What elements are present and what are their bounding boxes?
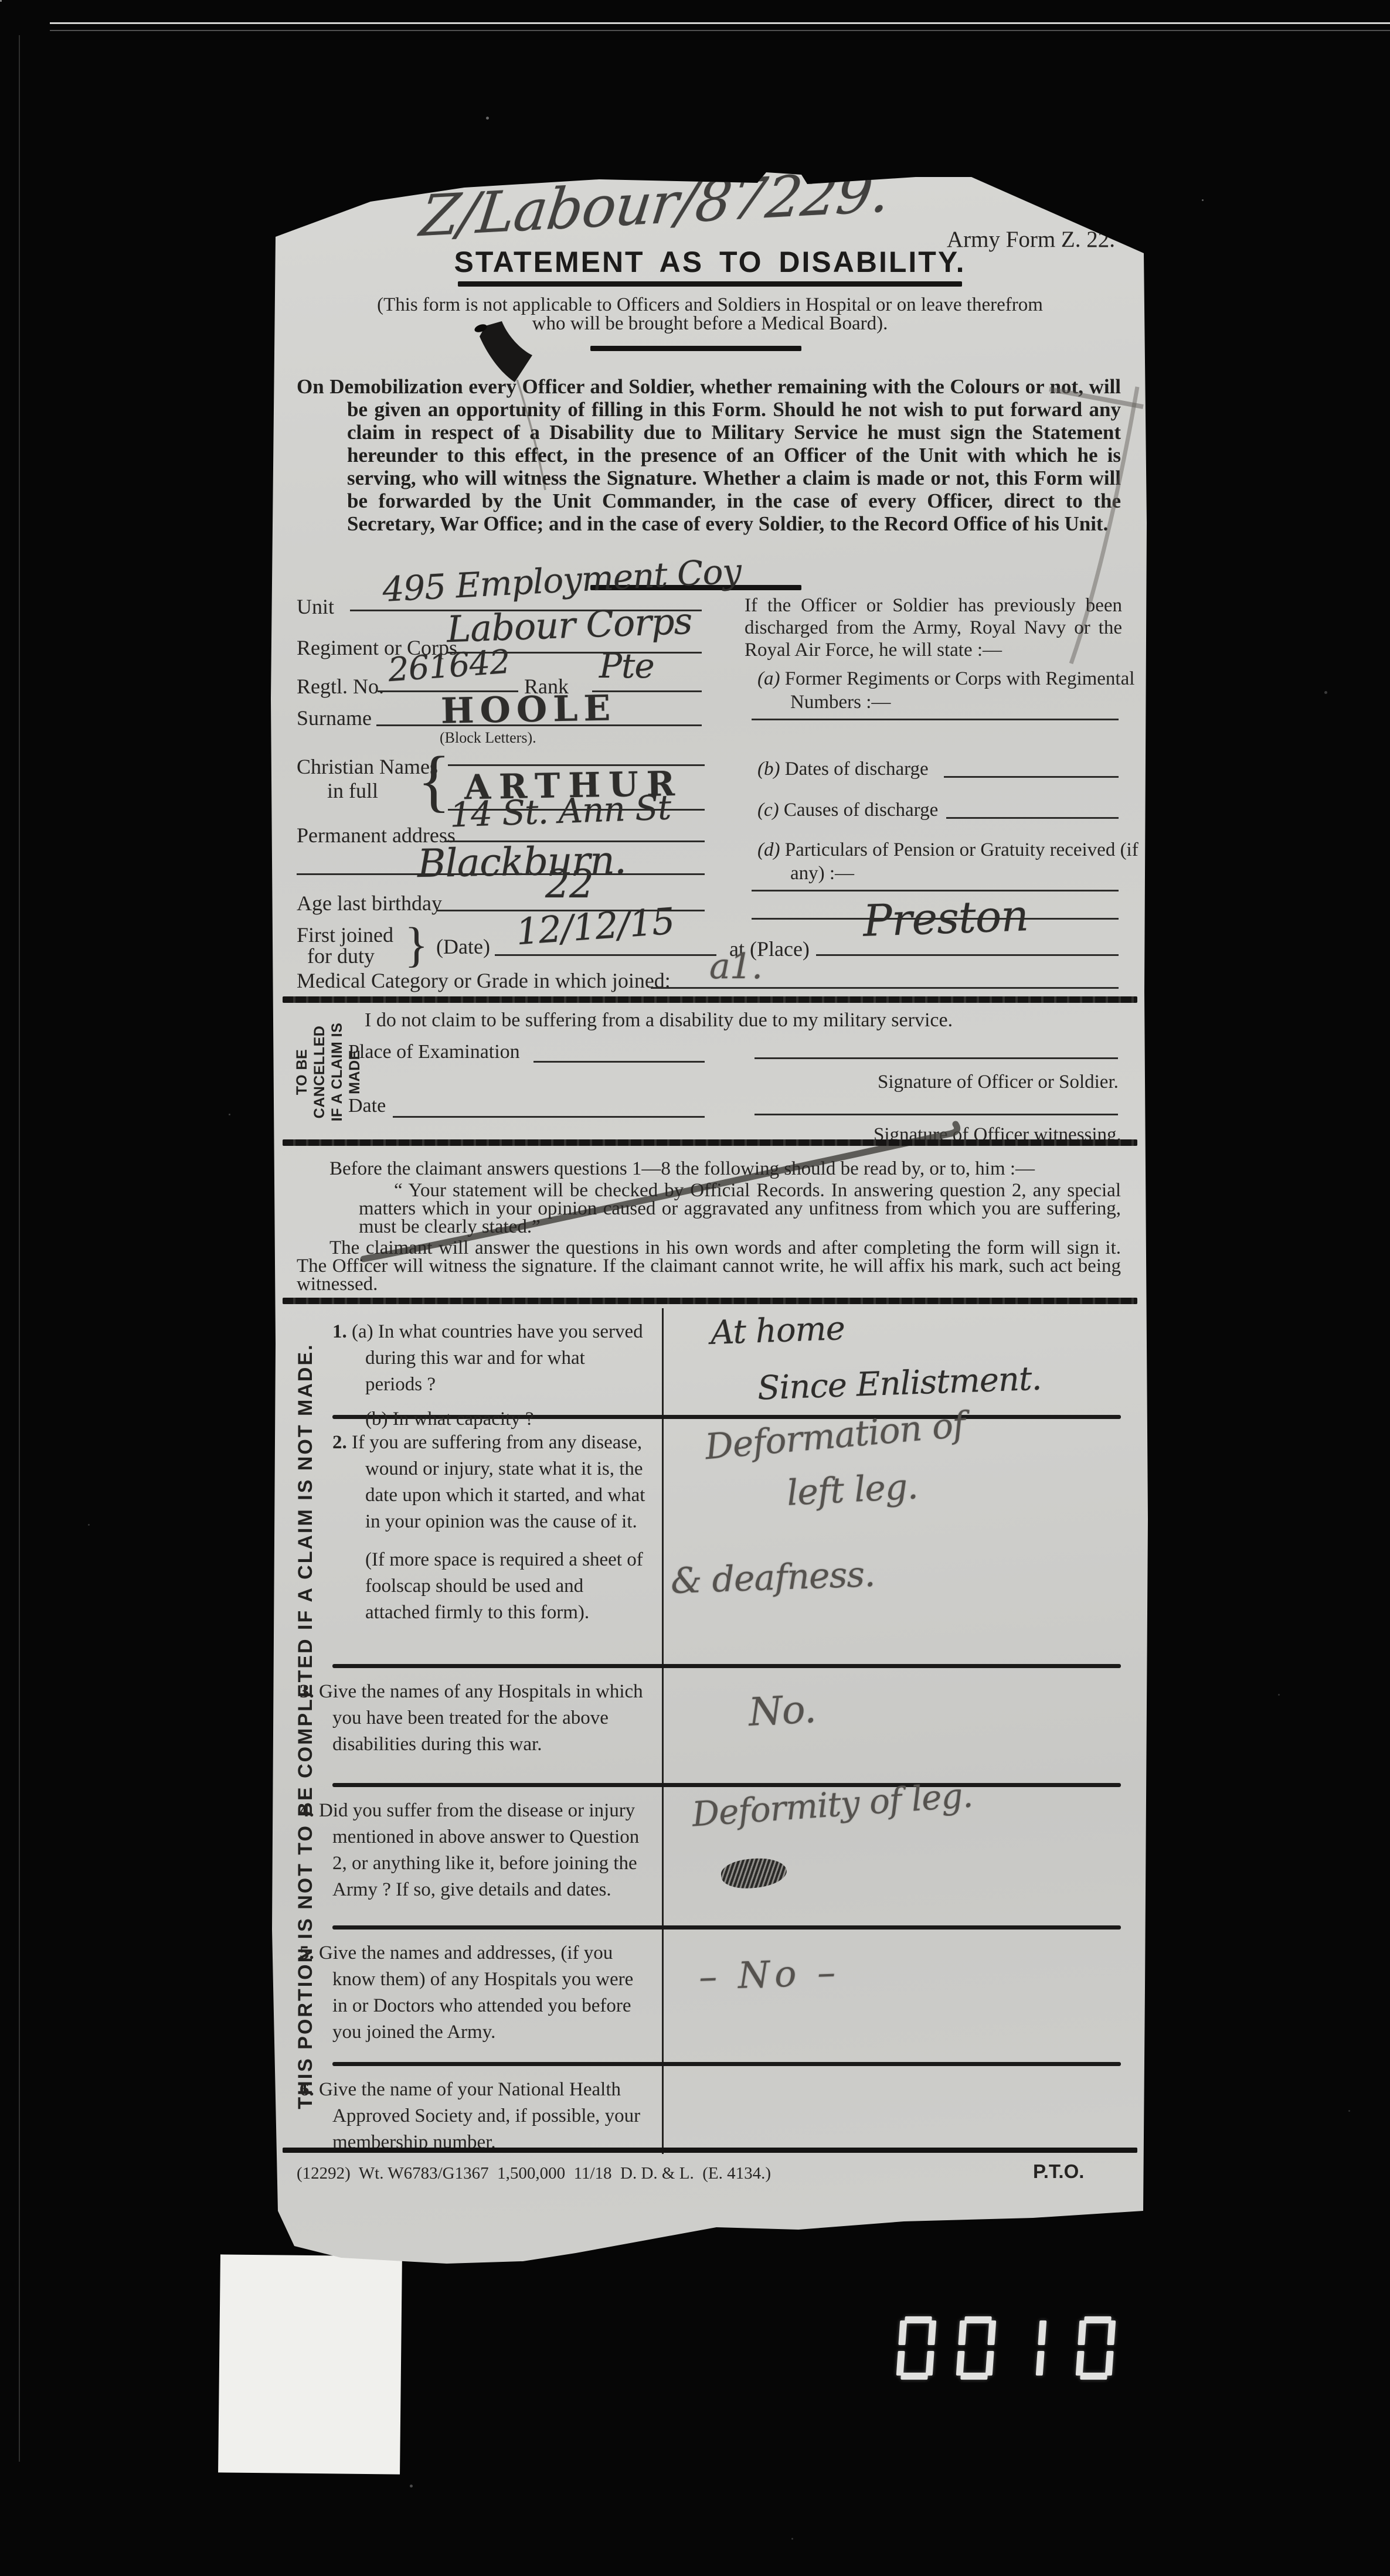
film-edge-line [50,22,1390,24]
instructions-p1: Before the claimant answers questions 1—… [329,1158,1121,1180]
separator-rule-1 [590,346,801,351]
film-edge-line-left [19,35,20,2462]
discharge-item-d-text: Particulars of Pension or Gratuity recei… [785,839,1138,884]
surname-note: (Block Letters). [440,729,536,747]
discharge-item-d: (d) Particulars of Pension or Gratuity r… [757,838,1151,885]
questions-bottom-rule [283,2148,1137,2153]
instructions-p3: The claimant will answer the questions i… [297,1239,1121,1294]
discharge-item-b-num: (b) [757,758,780,780]
unit-label: Unit [297,594,334,619]
question-1-a: (a) In what countries have you served du… [352,1321,643,1395]
age-label: Age last birthday [297,891,442,916]
claim-side-label: TO BE CANCELLED IF A CLAIM IS MADE [293,1007,363,1137]
title-underline [458,281,962,287]
question-1-num: 1. [332,1321,347,1342]
discharge-item-b-text: Dates of discharge [785,758,929,780]
joined-brace: } [405,917,428,974]
date-line [393,1116,705,1118]
questions-table: 1. (a) In what countries have you served… [332,1308,1121,2154]
question-row-6: 6. Give the name of your National Health… [332,2066,1121,2154]
answer-2: Deformation of left leg. & deafness. [664,1419,1121,1664]
medical-category-label: Medical Category or Grade in which joine… [297,968,671,993]
row-divider-4 [332,1925,1121,1930]
answer-3: No. [664,1668,1121,1783]
first-joined-label-2: for duty [307,944,375,968]
regtl-no-value: 261642 [387,643,511,689]
question-6-text: 6. Give the name of your National Health… [332,2066,664,2154]
questions-side-label: THIS PORTION IS NOT TO BE COMPLETED IF A… [294,1312,317,2141]
regtl-no-label: Regtl. No. [297,674,384,699]
medical-value: a1. [709,946,762,987]
claim-side-label-line-2: IF A CLAIM IS MADE [328,1007,363,1137]
row-divider-5 [332,2062,1121,2066]
form-title: STATEMENT AS TO DISABILITY. [271,245,1149,279]
question-row-4: 4. Did you suffer from the disease or in… [332,1787,1121,1925]
question-2-text: 2. If you are suffering from any disease… [332,1419,664,1664]
printer-imprint: (12292) Wt. W6783/G1367 1,500,000 11/18 … [297,2164,771,2183]
question-row-1: 1. (a) In what countries have you served… [332,1308,1121,1415]
discharge-item-b: (b) Dates of discharge [757,758,929,780]
pto-label: P.T.O. [1033,2160,1084,2183]
christian-brace: { [417,741,451,821]
question-2-num: 2. [332,1432,347,1453]
instructions-p2: “ Your statement will be checked by Offi… [359,1182,1121,1236]
answer-5: – No – [664,1930,1121,2062]
discharge-item-c-num: (c) [757,799,779,821]
surname-label: Surname [297,706,372,730]
question-2-main: If you are suffering from any disease, w… [352,1432,645,1532]
intro-paragraph: On Demobilization every Officer and Sold… [297,375,1121,535]
question-3-main: Give the names of any Hospitals in which… [319,1681,643,1755]
address-value-2: Blackburn. [417,838,626,886]
joined-place-value: Preston [862,890,1029,947]
answer-1-line-2: Since Enlistment. [757,1360,1042,1408]
question-2-note: (If more space is required a sheet of fo… [365,1547,647,1626]
discharge-item-a: (a) Former Regiments or Corps with Regim… [757,667,1151,714]
claim-side-label-line-1: TO BE CANCELLED [293,1007,328,1137]
discharge-b-line [944,776,1119,778]
regiment-value: Labour Corps [446,600,693,651]
question-5-num: 5. [300,1942,314,1964]
question-4-num: 4. [300,1800,314,1821]
medical-line [651,987,1119,989]
question-5-text: 5. Give the names and addresses, (if you… [332,1930,664,2062]
address-value-1: 14 St. Ann St [449,787,671,835]
question-row-3: 3. Give the names of any Hospitals in wh… [332,1668,1121,1783]
answer-2-line-3: & deafness. [670,1554,875,1602]
crossed-out-word [720,1855,789,1891]
discharge-item-c-text: Causes of discharge [784,799,938,821]
hatched-rule-top [283,996,1137,1003]
surname-value: HOOLE [440,688,616,731]
question-6-num: 6. [300,2079,314,2100]
question-4-main: Did you suffer from the disease or injur… [319,1800,639,1900]
discharge-item-d-num: (d) [757,839,780,860]
row-divider-2 [332,1664,1121,1668]
answer-6 [664,2066,1121,2154]
christian-names-label-2: in full [327,778,378,803]
questions-top-rule [283,1298,1137,1304]
answer-4: Deformity of leg. [664,1787,1121,1925]
signature-1-line [755,1057,1118,1059]
question-3-num: 3. [300,1681,314,1702]
question-4-text: 4. Did you suffer from the disease or in… [332,1787,664,1925]
question-6-main: Give the name of your National Health Ap… [319,2079,640,2153]
discharge-c-line [946,817,1119,819]
army-form-z22-page: Z/Labour/87229. Army Form Z. 22. STATEME… [271,171,1149,2264]
question-1-text: 1. (a) In what countries have you served… [332,1308,664,1415]
signature-2-line [755,1114,1118,1115]
discharge-item-a-text: Former Regiments or Corps with Regimenta… [785,668,1135,713]
no-claim-statement: I do not claim to be suffering from a di… [365,1009,953,1032]
discharge-item-c: (c) Causes of discharge [757,799,938,821]
answer-2-line-2: left leg. [786,1466,919,1514]
row-divider-3 [332,1783,1121,1787]
counter-digit-1 [1006,2316,1047,2380]
christian-names-label: Christian Names [297,754,438,779]
discharge-blank-line-1 [752,719,1119,720]
discharge-item-a-num: (a) [757,668,780,689]
question-row-2: 2. If you are suffering from any disease… [332,1419,1121,1664]
rank-value: Pte [599,646,654,686]
joined-place-line [816,954,1119,956]
film-frame-counter [898,2316,1137,2380]
question-row-5: 5. Give the names and addresses, (if you… [332,1930,1121,2062]
answer-1: At home Since Enlistment. [664,1308,1121,1415]
answer-5-line-1: – No – [698,1951,841,1998]
place-line [533,1061,705,1063]
answer-3-line-1: No. [747,1686,817,1735]
question-5-main: Give the names and addresses, (if you kn… [319,1942,633,2043]
discharge-blank-line-2 [752,890,1119,891]
joined-date-value: 12/12/15 [515,900,676,954]
place-of-examination-label: Place of Examination [348,1041,520,1063]
subtitle-line-2: who will be brought before a Medical Boa… [271,313,1149,335]
counter-digit-0 [896,2316,937,2380]
question-3-text: 3. Give the names of any Hospitals in wh… [332,1668,664,1783]
counter-digit-0 [1075,2316,1116,2380]
dust-specks [0,0,2,2]
age-value: 22 [545,862,593,907]
discharge-note: If the Officer or Soldier has previously… [745,594,1122,661]
joined-date-label: (Date) [436,934,490,959]
counter-digit-0 [956,2316,997,2380]
hatched-rule-bottom [283,1139,1137,1146]
white-reference-card [218,2254,402,2474]
film-edge-line-2 [50,30,1390,31]
answer-1-line-1: At home [710,1309,845,1352]
joined-date-line [495,954,716,956]
handwritten-reference: Z/Labour/87229. [417,159,893,250]
signature-1-label: Signature of Officer or Soldier. [878,1071,1119,1093]
microfilm-scan: Z/Labour/87229. Army Form Z. 22. STATEME… [0,0,1390,2576]
date-label: Date [348,1095,386,1117]
